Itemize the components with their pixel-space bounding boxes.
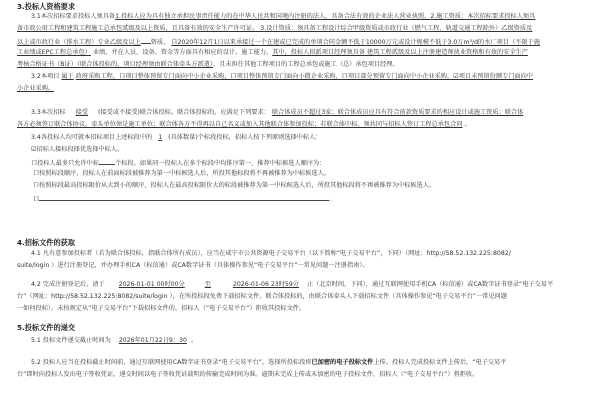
para-3-1-line3: 以上或市政行业（排水工程）专业乙级及以上资质， 自2020年12月1日以来承接过… xyxy=(17,36,540,48)
para-3-3-line1: 3.3本次招标接受(接受或不接受)联合体投标。联合体投标的，应满足下列要求： 联… xyxy=(17,108,523,118)
section-3-title: 3.投标人资格要求 xyxy=(17,2,75,12)
para-4-2-line1: 4.2 完成注册登记后，请于2026-01-01 00时00分至2026-01-… xyxy=(17,280,553,290)
para-4-2-line3: 一如何投标）。未按规定从“电子交易平台”下载招标文件的，招标人（“电子交易平台”… xyxy=(17,304,305,314)
para-5-1: 5.1 投标文件递交截止时间为2026年01月22日9：30。 xyxy=(17,336,197,346)
para-5-2-line2: 台”即时向投标人发出电子签收凭证，递交时间以电子签收凭证载明的传输完成时间为准。… xyxy=(17,370,478,380)
para-3-3-line2: 各方必须签订联合体协议，牵头单位须是施工单位；联合体各方不得再以自己名义或加入其… xyxy=(17,120,471,130)
para-3-2-line2: 小企业采购。 xyxy=(17,84,54,94)
section-5-title: 5.投标文件的递交 xyxy=(17,323,75,333)
option-other: 口。 xyxy=(17,193,335,205)
option-max-wins: 口投标人最多只允许中标个标段。如果同一投标人在多个标段中均排序第一，推荐中标候选… xyxy=(17,157,325,169)
para-3-1-line5: 考核合格证书（B证）（联合体投标的，项目经理须由联合体牵头方派遣），且未担任其他… xyxy=(17,60,399,70)
section-4-title: 4.招标文件的获取 xyxy=(17,238,75,248)
para-5-2-line1: 5.2 投标人应当在投标截止时间前，通过互联网使用CA数字证书登录“电子交易平台… xyxy=(17,358,507,368)
para-3-4-line1: 3.4各投标人均可就本招标项目上述标段中的1(具体数量)个标段投标，招标人按下列… xyxy=(17,133,321,143)
para-4-2-line2: 台”（网址：http://58.52.132.225:8082/suite/lo… xyxy=(17,292,507,302)
para-4-1-line2: suite/login ）进行注册登记，并办理手机CA（标信通）或CA数字证书（… xyxy=(17,261,369,271)
para-3-1-line2: 备市政公用工程和建筑工程施工总承包贰级及以上资质，且具备有效的安全生产许可证。 … xyxy=(17,24,532,34)
option-by-max-price: 口按照标段最高投标限价从大到小的顺序，投标人在最高投标限价大的标段被推荐为第一中… xyxy=(17,181,435,191)
para-3-1-line1: 3.1本次招标要求投标人须具备1.投标人应为具有独立承担民事责任能力的在中华人民… xyxy=(17,12,535,22)
para-3-1-line4: 工业绩或EPC工程总承包） 业绩，并在人员、设备、资金等方面具有相应的设计、施工… xyxy=(17,48,528,58)
option-select-by-section: ☑招标人接标段择优选择中标人。 xyxy=(17,145,123,155)
option-by-section-order: 口按照标段顺序，投标人在前面标段被推荐为第一中标候选人后，所投其他标段将不再被推… xyxy=(17,169,330,179)
para-4-1-line1: 4.1 凡有意参加投标者（若为联合体投标，指联合体所有成员），应当在咸宁市公共资… xyxy=(17,249,511,259)
para-3-2-line1: 3.2本项目 属于 政府采购工程，口项目整体预留专门面向中小企业采购，口项目整体… xyxy=(17,72,533,82)
